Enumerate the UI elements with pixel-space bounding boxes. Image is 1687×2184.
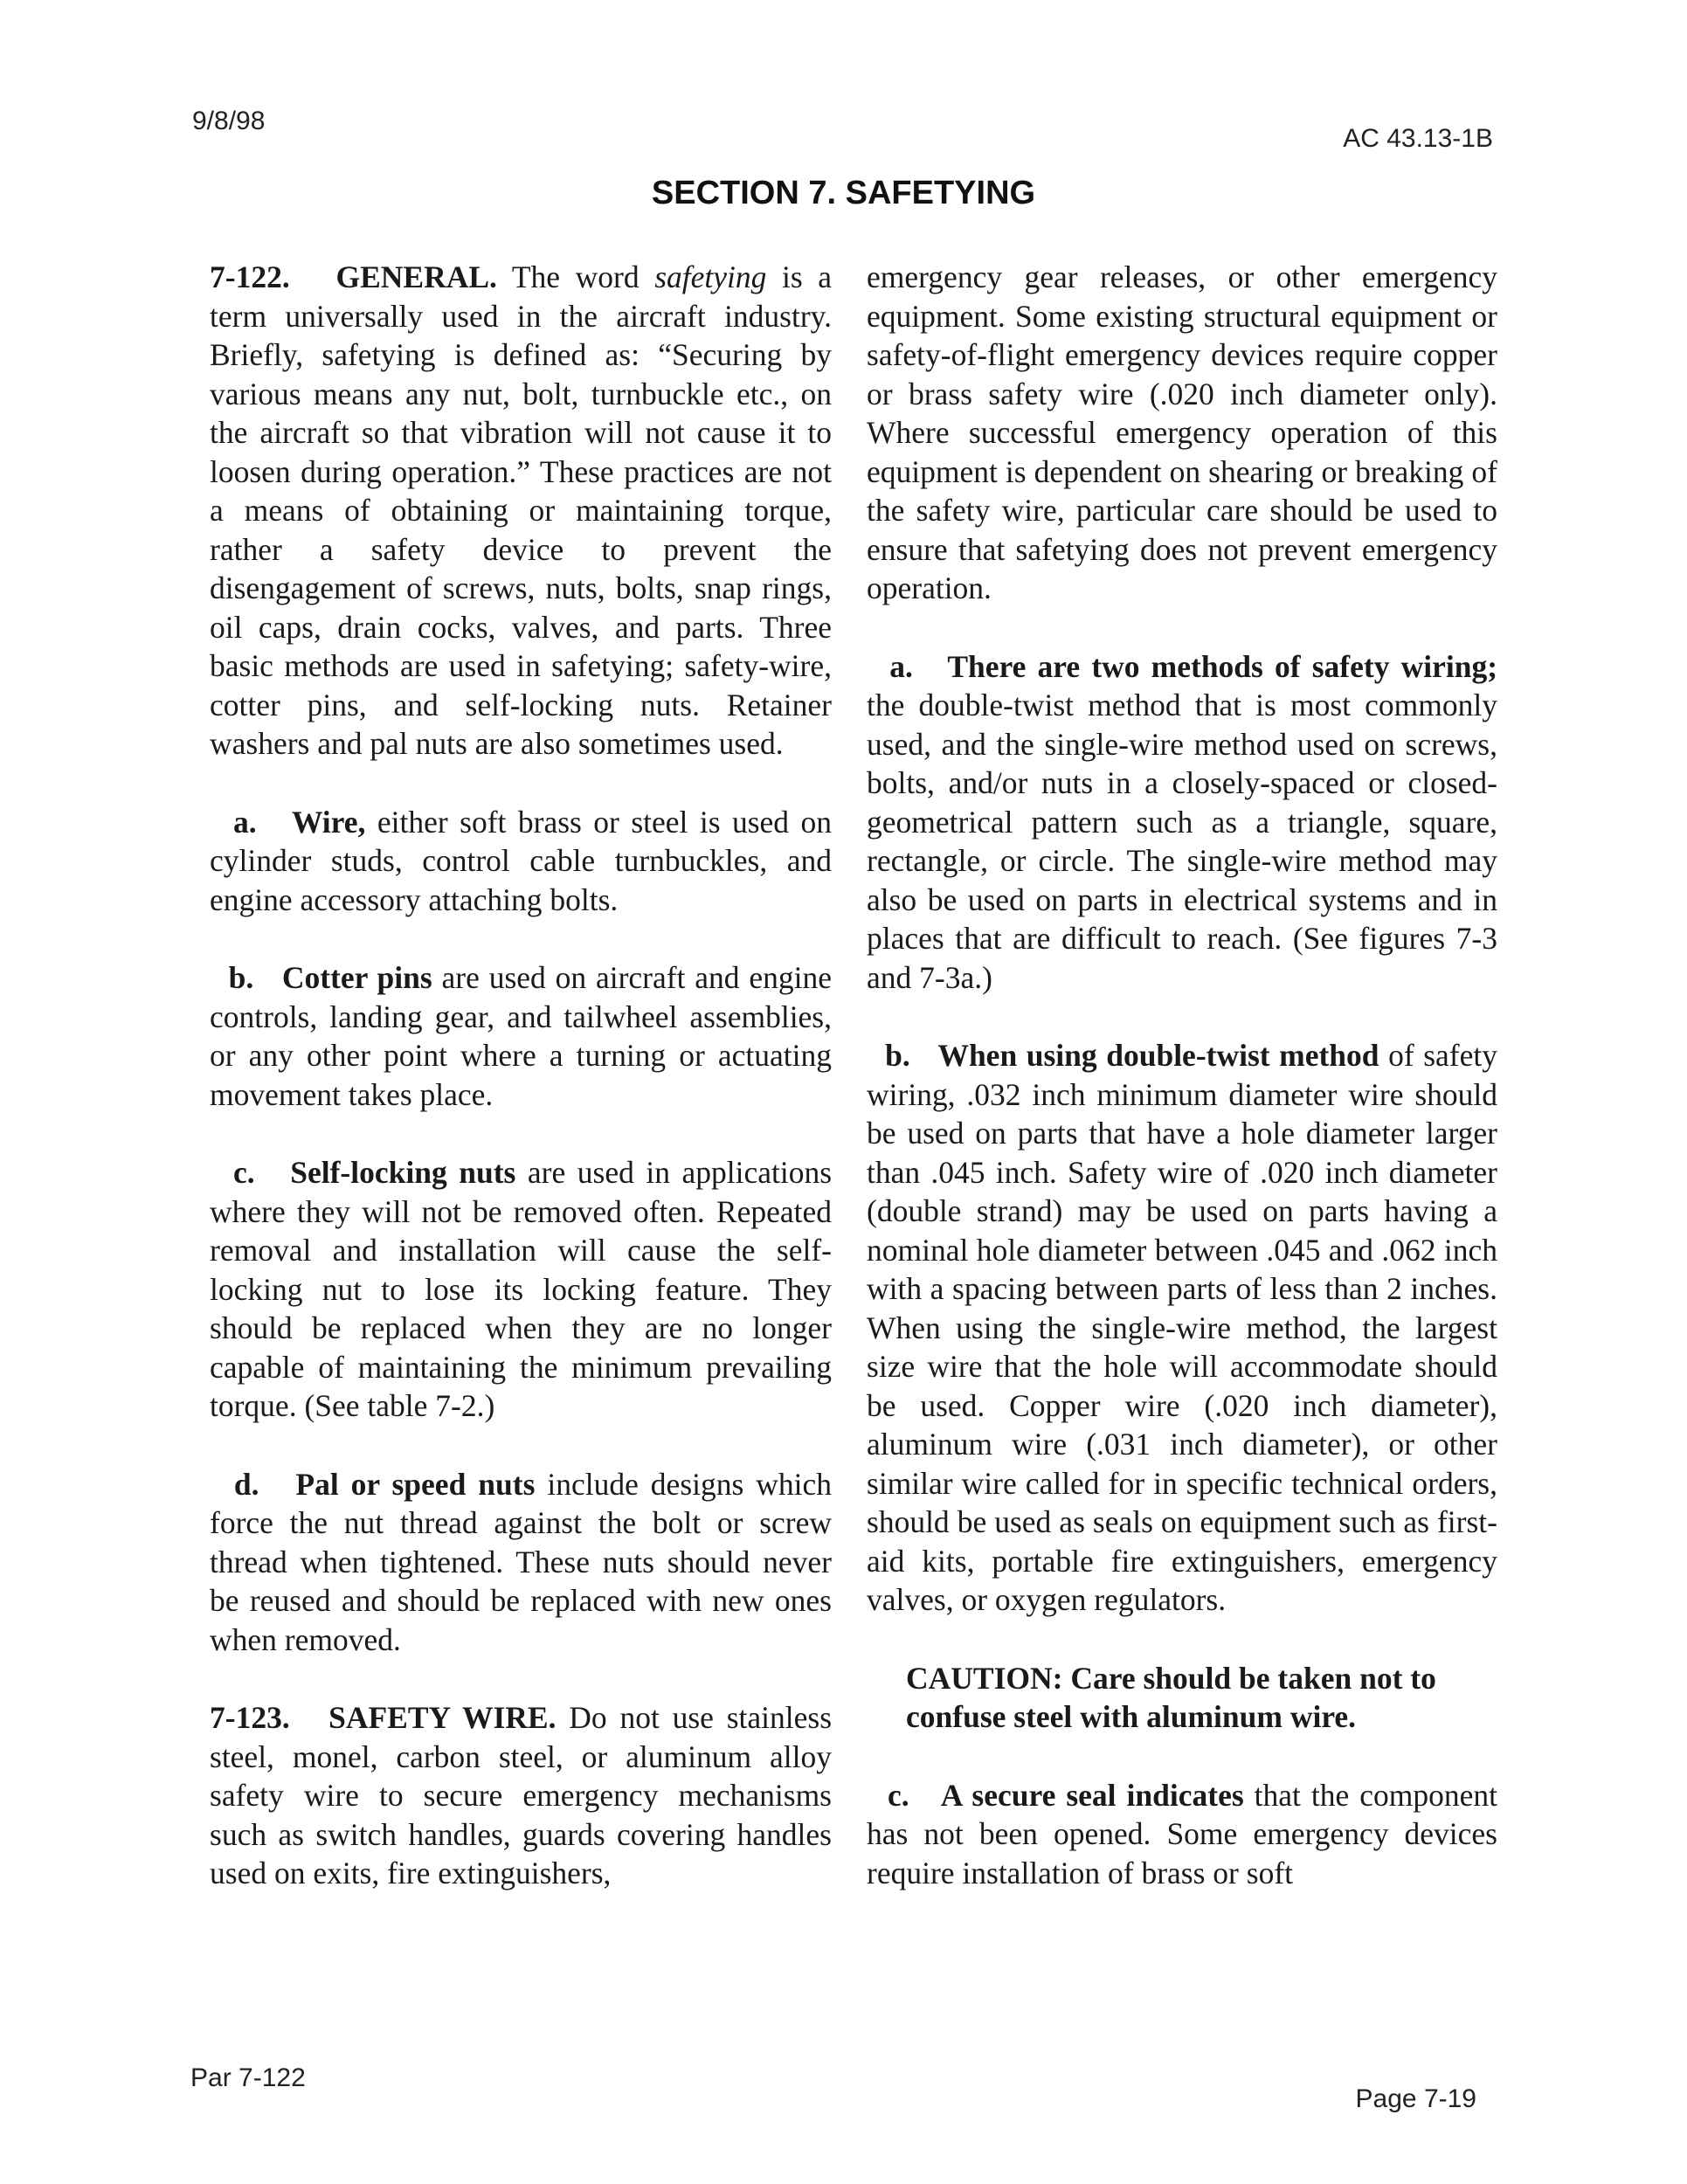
subparagraph-a-two-methods: a. There are two methods of safety wirin… [867,647,1497,998]
subparagraph-letter: a. [889,649,913,684]
subparagraph-heading: Wire, [292,805,365,840]
subparagraph-letter: b. [229,960,254,995]
footer-page-number: Page 7-19 [1356,2084,1476,2114]
subparagraph-heading: Pal or speed nuts [295,1467,535,1502]
subparagraph-letter: b. [885,1038,910,1073]
paragraph-number: 7-122. [210,259,290,294]
subparagraph-heading: When using double-twist method [937,1038,1379,1073]
header-date: 9/8/98 [192,107,265,136]
subparagraph-letter: a. [233,805,257,840]
paragraph-7-122: 7-122. GENERAL. The word safetying is a … [210,258,832,764]
paragraph-continuation: emergency gear releases, or other emerge… [867,258,1497,608]
header-doc-id: AC 43.13-1B [1343,124,1493,154]
subparagraph-b-cotter-pins: b. Cotter pins are used on aircraft and … [210,958,832,1114]
subparagraph-heading: A secure seal indicates [941,1778,1244,1813]
subparagraph-text: are used in applications where they will… [210,1155,832,1423]
subparagraph-text: of safety wiring, .032 inch minimum diam… [867,1038,1497,1617]
right-column: emergency gear releases, or other emerge… [867,258,1497,1932]
subparagraph-heading: Self-locking nuts [290,1155,515,1190]
caution-note: CAUTION: Care should be taken not to con… [867,1659,1497,1737]
subparagraph-a-wire: a. Wire, either soft brass or steel is u… [210,803,832,920]
paragraph-text: The word [497,259,654,294]
subparagraph-c-self-locking-nuts: c. Self-locking nuts are used in applica… [210,1153,832,1426]
section-title: SECTION 7. SAFETYING [0,175,1687,212]
paragraph-italic-term: safetying [654,259,766,294]
subparagraph-heading: Cotter pins [282,960,432,995]
subparagraph-text: the double-twist method that is most com… [867,688,1497,995]
subparagraph-heading: There are two methods of safety wiring; [947,649,1497,684]
subparagraph-b-double-twist: b. When using double-twist method of saf… [867,1036,1497,1620]
subparagraph-d-pal-nuts: d. Pal or speed nuts include designs whi… [210,1465,832,1660]
subparagraph-letter: c. [233,1155,255,1190]
paragraph-number: 7-123. [210,1700,290,1735]
paragraph-text: is a term universally used in the aircra… [210,259,832,761]
paragraph-7-123: 7-123. SAFETY WIRE. Do not use stainless… [210,1698,832,1893]
left-column: 7-122. GENERAL. The word safetying is a … [210,258,832,1932]
paragraph-heading: SAFETY WIRE. [328,1700,556,1735]
paragraph-heading: GENERAL. [335,259,496,294]
footer-paragraph-ref: Par 7-122 [190,2063,306,2093]
subparagraph-c-secure-seal: c. A secure seal indicates that the comp… [867,1776,1497,1893]
subparagraph-letter: c. [888,1778,909,1813]
subparagraph-letter: d. [234,1467,259,1502]
